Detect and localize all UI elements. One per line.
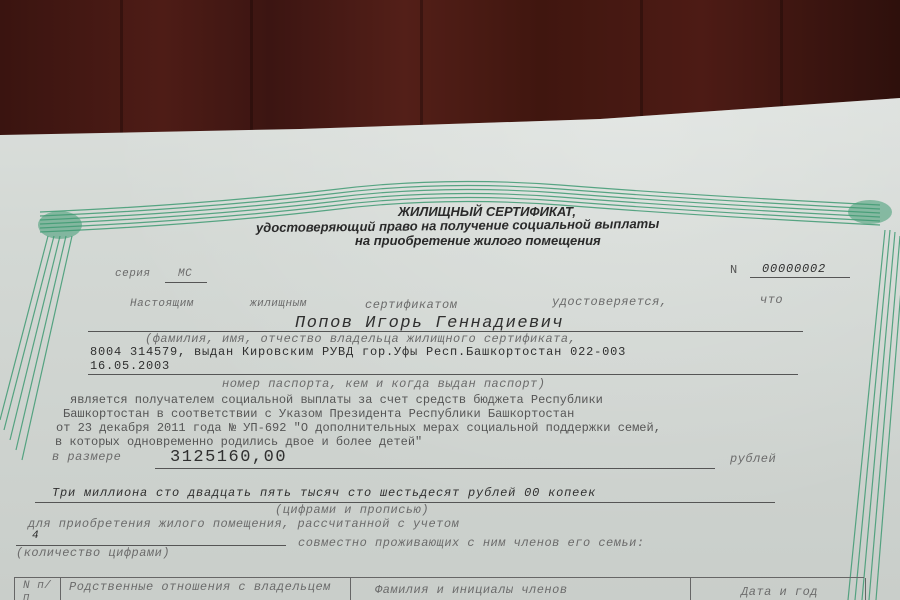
- amount-in-words: Три миллиона сто двадцать пять тысяч сто…: [52, 486, 596, 500]
- body-line-1: является получателем социальной выплаты …: [70, 393, 603, 407]
- amount-value: 3125160,00: [170, 448, 287, 467]
- amount-label: в размере: [52, 450, 121, 464]
- table-header-number: N п/п: [14, 578, 61, 600]
- passport-details: 8004 314579, выдан Кировским РУВД гор.Уф…: [90, 345, 626, 359]
- series-value: МС: [178, 268, 192, 280]
- table-header-relation: Родственные отношения с владельцем: [60, 578, 351, 600]
- amount-currency: рублей: [730, 452, 776, 466]
- intro-word-4: удостоверяется,: [552, 295, 668, 309]
- passport-caption: номер паспорта, кем и когда выдан паспор…: [222, 377, 545, 391]
- table-header-date: Дата и год: [690, 578, 866, 600]
- body-line-3: от 23 декабря 2011 года № УП-692 "О допо…: [56, 421, 661, 435]
- number-label: N: [730, 263, 737, 277]
- owner-caption: (фамилия, имя, отчество владельца жилищн…: [145, 332, 576, 346]
- series-label: серия: [115, 268, 151, 280]
- amount-underline: [155, 468, 715, 469]
- passport-underline: [88, 374, 798, 375]
- amount-caption: (цифрами и прописью): [275, 503, 429, 517]
- housing-certificate-document: ЖИЛИЩНЫЙ СЕРТИФИКАТ, удостоверяющий прав…: [0, 0, 900, 600]
- body-line-2: Башкортостан в соответствии с Указом Пре…: [63, 407, 574, 421]
- family-members-table: N п/п Родственные отношения с владельцем…: [14, 577, 864, 600]
- intro-word-1: Настоящим: [130, 298, 194, 310]
- certificate-number: 00000002: [762, 262, 826, 276]
- family-caption: (количество цифрами): [16, 546, 170, 560]
- passport-date: 16.05.2003: [90, 359, 170, 373]
- number-underline: [750, 277, 850, 278]
- intro-word-5: что: [760, 293, 783, 307]
- family-text: совместно проживающих с ним членов его с…: [298, 536, 645, 550]
- intro-word-2: жилищным: [250, 298, 307, 310]
- body-line-4: в которых одновременно родились двое и б…: [55, 435, 422, 449]
- series-underline: [165, 282, 207, 283]
- certificate-subtitle-2: на приобретение жилого помещения: [355, 233, 601, 248]
- intro-word-3: сертификатом: [365, 298, 457, 312]
- family-count: 4: [32, 530, 39, 542]
- table-header-name: Фамилия и инициалы членов: [350, 578, 691, 600]
- purpose-line: для приобретения жилого помещения, рассч…: [28, 517, 459, 531]
